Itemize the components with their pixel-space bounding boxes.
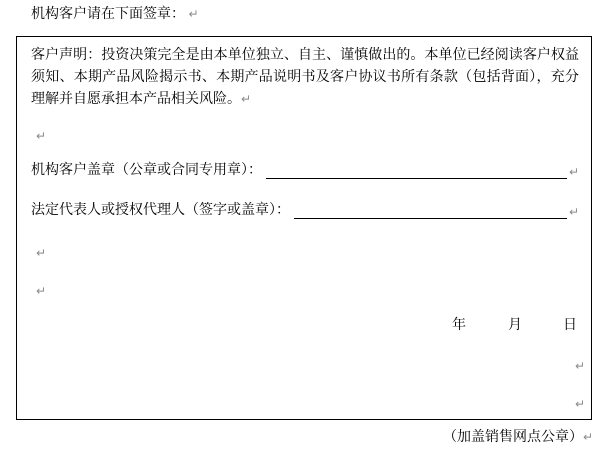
date-line: 年 月 日 bbox=[17, 318, 591, 334]
pilcrow-icon: ↵ bbox=[36, 129, 46, 143]
client-declaration-paragraph: 客户声明：投资决策完全是由本单位独立、自主、谨慎做出的。本单位已经阅读客户权益须… bbox=[31, 45, 579, 111]
org-seal-signature-field[interactable] bbox=[266, 163, 567, 179]
pilcrow-icon: ↵ bbox=[575, 397, 585, 411]
org-seal-line: 机构客户盖章（公章或合同专用章）： ↵ bbox=[31, 163, 579, 179]
representative-signature-field[interactable] bbox=[294, 203, 567, 219]
pilcrow-icon: ↵ bbox=[189, 7, 199, 21]
date-month-label: 月 bbox=[508, 318, 522, 334]
date-year-label: 年 bbox=[452, 318, 466, 334]
representative-line: 法定代表人或授权代理人（签字或盖章）： ↵ bbox=[31, 203, 579, 219]
document-page: 机构客户请在下面签章： ↵ 客户声明：投资决策完全是由本单位独立、自主、谨慎做出… bbox=[0, 0, 600, 452]
empty-paragraph: ↵ bbox=[36, 129, 46, 145]
pilcrow-icon: ↵ bbox=[36, 284, 46, 298]
org-seal-label: 机构客户盖章（公章或合同专用章）： bbox=[31, 163, 262, 179]
empty-paragraph: ↵ bbox=[575, 359, 585, 375]
signature-instruction-text: 机构客户请在下面签章： bbox=[31, 7, 185, 22]
empty-paragraph: ↵ bbox=[36, 246, 46, 262]
declaration-box: 客户声明：投资决策完全是由本单位独立、自主、谨慎做出的。本单位已经阅读客户权益须… bbox=[16, 36, 592, 420]
signature-instruction-line: 机构客户请在下面签章： ↵ bbox=[31, 7, 199, 23]
pilcrow-icon: ↵ bbox=[583, 430, 593, 444]
date-day-label: 日 bbox=[563, 318, 577, 334]
pilcrow-icon: ↵ bbox=[241, 92, 251, 106]
pilcrow-icon: ↵ bbox=[569, 205, 579, 219]
pilcrow-icon: ↵ bbox=[569, 165, 579, 179]
empty-paragraph: ↵ bbox=[36, 284, 46, 300]
representative-label: 法定代表人或授权代理人（签字或盖章）： bbox=[31, 203, 290, 219]
client-declaration-text: 客户声明：投资决策完全是由本单位独立、自主、谨慎做出的。本单位已经阅读客户权益须… bbox=[31, 48, 579, 107]
pilcrow-icon: ↵ bbox=[575, 359, 585, 373]
pilcrow-icon: ↵ bbox=[36, 246, 46, 260]
empty-paragraph: ↵ bbox=[575, 397, 585, 413]
branch-seal-note-text: （加盖销售网点公章） bbox=[443, 430, 583, 445]
branch-seal-note: （加盖销售网点公章）↵ bbox=[443, 430, 593, 446]
